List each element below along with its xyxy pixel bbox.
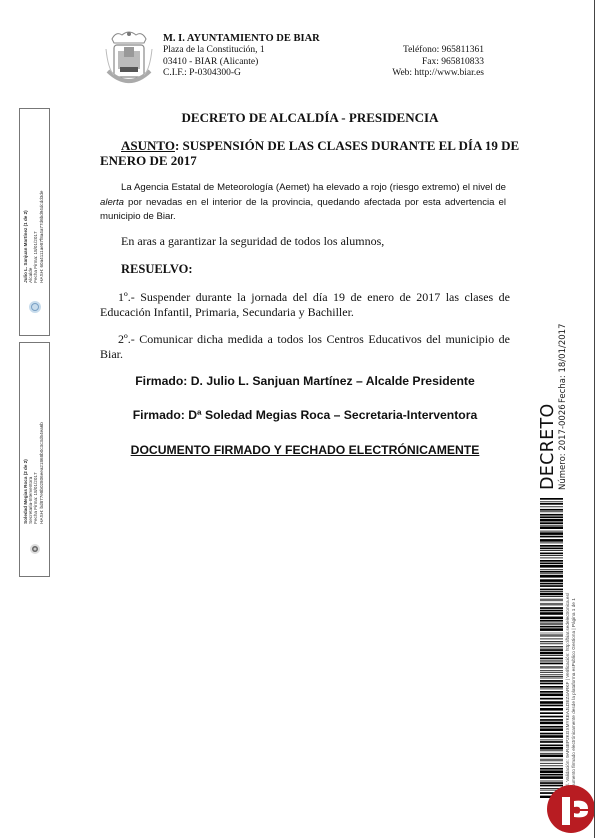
- decree-type-label: DECRETO: [538, 403, 558, 490]
- web-link[interactable]: Web: http://www.biar.es: [392, 68, 484, 80]
- intro-paragraph: La Agencia Estatal de Meteorología (Aeme…: [100, 181, 506, 225]
- signed-notice: DOCUMENTO FIRMADO Y FECHADO ELECTRÓNICAM…: [100, 443, 510, 457]
- contact-info: Teléfono: 965811361 Fax: 965810833 Web: …: [392, 45, 484, 80]
- decree-date: Fecha: 18/01/2017: [558, 324, 568, 403]
- signature-box-2: Soledad Megias Roca (2 de 2) Secretaria-…: [19, 342, 50, 577]
- aras-paragraph: En aras a garantizar la seguridad de tod…: [100, 234, 510, 249]
- seal-icon: [27, 299, 43, 315]
- signature-mayor: Firmado: D. Julio L. Sanjuan Martínez – …: [100, 374, 510, 388]
- fax: Fax: 965810833: [392, 57, 484, 69]
- municipality-info: M. I. AYUNTAMIENTO DE BIAR Plaza de la C…: [163, 33, 320, 80]
- signature-box-1-text: Julio L. Sanjuan Martínez (1 de 2) Alcal…: [23, 103, 44, 283]
- signature-box-1: Julio L. Sanjuan Martínez (1 de 2) Alcal…: [19, 108, 50, 336]
- org-name: M. I. AYUNTAMIENTO DE BIAR: [163, 33, 320, 45]
- cif: C.I.F.: P-0304300-G: [163, 68, 320, 80]
- espublico-logo-icon: [544, 779, 594, 834]
- address-line2: 03410 - BIAR (Alicante): [163, 57, 320, 69]
- asunto-text-line2: ENERO DE 2017: [100, 153, 521, 168]
- signature-box-2-text: Soledad Megias Roca (2 de 2) Secretaria-…: [23, 344, 44, 524]
- verification-text: Cód. Validación: 9AR4EP2KGXMYKEAJLDEZ4AR…: [565, 593, 576, 793]
- seal-icon: [27, 541, 43, 557]
- point-2: 2º.- Comunicar dicha medida a todos los …: [100, 332, 510, 362]
- barcode-icon: [540, 498, 563, 798]
- document-title: DECRETO DE ALCALDÍA - PRESIDENCIA: [100, 110, 520, 126]
- alerta-italic: alerta: [100, 197, 124, 208]
- asunto-label: ASUNTO: [121, 138, 175, 153]
- telefono: Teléfono: 965811361: [392, 45, 484, 57]
- page-edge-line: [594, 0, 595, 838]
- address-line1: Plaza de la Constitución, 1: [163, 45, 320, 57]
- coat-of-arms-icon: [104, 29, 154, 91]
- decree-number: Número: 2017-0026: [558, 404, 568, 490]
- resuelvo-heading: RESUELVO:: [121, 262, 193, 277]
- point-1: 1º.- Suspender durante la jornada del dí…: [100, 290, 510, 320]
- signature-secretary: Firmado: Dª Soledad Megias Roca – Secret…: [100, 408, 510, 422]
- asunto-text: : SUSPENSIÓN DE LAS CLASES DURANTE EL DÍ…: [175, 138, 519, 153]
- asunto: ASUNTO: SUSPENSIÓN DE LAS CLASES DURANTE…: [121, 138, 521, 168]
